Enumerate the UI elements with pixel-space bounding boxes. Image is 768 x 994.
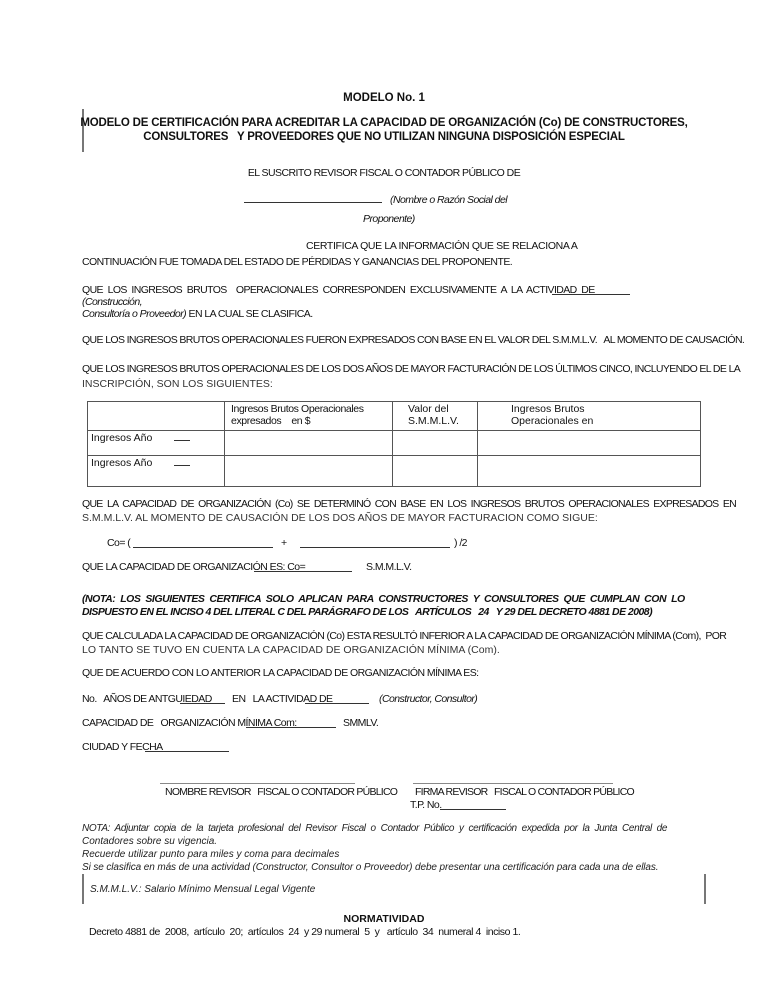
- continuacion-text: CONTINUACIÓN FUE TOMADA DEL ESTADO DE PÉ…: [82, 256, 512, 268]
- left-margin-bar-bottom: [82, 874, 84, 904]
- actividad-field[interactable]: [552, 284, 630, 295]
- proponente-hint: Proponente): [363, 213, 415, 225]
- ciudad-fecha-field[interactable]: [145, 741, 229, 752]
- nombre-signature-line[interactable]: [160, 783, 355, 784]
- actividad-line3: Consultoría o Proveedor) EN LA CUAL SE C…: [82, 308, 313, 320]
- document-title-line2: CONSULTORES Y PROVEEDORES QUE NO UTILIZA…: [0, 131, 768, 143]
- year-field[interactable]: [174, 440, 190, 441]
- co-formula-plus: +: [281, 537, 287, 549]
- certifica-text: CERTIFICA QUE LA INFORMACIÓN QUE SE RELA…: [306, 240, 578, 252]
- capacidad-line2: S.M.M.L.V. AL MOMENTO DE CAUSACIÓN DE LO…: [82, 512, 598, 524]
- row-label: Ingresos Año: [88, 456, 225, 487]
- table-row: Ingresos Año: [88, 456, 701, 487]
- tp-label: T.P. No.: [410, 799, 442, 811]
- table-header-ingresos-pesos: Ingresos Brutos Operacionales expresados…: [225, 402, 393, 431]
- antiguedad-field[interactable]: [180, 693, 225, 704]
- nombre-revisor-label: NOMBRE REVISOR FISCAL O CONTADOR PÚBLICO: [165, 786, 397, 798]
- clasifica-text: EN LA CUAL SE CLASIFICA.: [186, 308, 313, 320]
- com-field[interactable]: [246, 717, 336, 728]
- table-row: Ingresos Año: [88, 431, 701, 456]
- cell-ingresos-smmlv[interactable]: [478, 456, 701, 487]
- nota-adjuntar-line2: Contadores sobre su vigencia.: [82, 836, 217, 847]
- nota-puntos-comas: Recuerde utilizar punto para miles y com…: [82, 849, 339, 860]
- actividad-de-hint: (Constructor, Consultor): [379, 693, 477, 705]
- co-result-field[interactable]: [254, 561, 352, 572]
- table-header-row: Ingresos Brutos Operacionales expresados…: [88, 402, 701, 431]
- nota-adjuntar-line1: NOTA: Adjuntar copia de la tarjeta profe…: [82, 823, 667, 834]
- cell-valor-smmlv[interactable]: [393, 456, 478, 487]
- ingresos-intro-line2: INSCRIPCIÓN, SON LOS SIGUIENTES:: [82, 378, 273, 390]
- cell-ingresos-pesos[interactable]: [225, 456, 393, 487]
- tp-field[interactable]: [440, 799, 506, 810]
- co-field-year2[interactable]: [300, 537, 450, 548]
- smmlv-base-text: QUE LOS INGRESOS BRUTOS OPERACIONALES FU…: [82, 334, 744, 346]
- model-number: MODELO No. 1: [0, 92, 768, 104]
- capacidad-line1: QUE LA CAPACIDAD DE ORGANIZACIÓN (Co) SE…: [82, 498, 736, 510]
- row-label: Ingresos Año: [88, 431, 225, 456]
- co-formula-prefix: Co= (: [107, 537, 130, 549]
- table-header-ingresos-smmlv: Ingresos Brutos Operacionales en S.M.M.L…: [478, 402, 701, 431]
- minima-line3: QUE DE ACUERDO CON LO ANTERIOR LA CAPACI…: [82, 667, 479, 679]
- actividad-text: QUE LOS INGRESOS BRUTOS OPERACIONALES CO…: [82, 284, 595, 296]
- proponente-name-field[interactable]: [244, 192, 382, 203]
- suscrito-text: EL SUSCRITO REVISOR FISCAL O CONTADOR PÚ…: [0, 167, 768, 179]
- year-field[interactable]: [174, 465, 190, 466]
- nota-aplicacion-line2: DISPUESTO EN EL INCISO 4 DEL LITERAL C D…: [82, 606, 652, 618]
- minima-line1: QUE CALCULADA LA CAPACIDAD DE ORGANIZACI…: [82, 630, 726, 642]
- actividad-hint-2: Consultoría o Proveedor): [82, 308, 186, 320]
- cell-ingresos-pesos[interactable]: [225, 431, 393, 456]
- actividad-hint-1: (Construcción,: [82, 296, 142, 308]
- ingresos-table: Ingresos Brutos Operacionales expresados…: [87, 401, 701, 487]
- smmlv-definition: S.M.M.L.V.: Salario Mínimo Mensual Legal…: [90, 884, 315, 895]
- normatividad-text: Decreto 4881 de 2008, artículo 20; artíc…: [89, 926, 520, 938]
- table-header-valor-smmlv: Valor del S.M.M.L.V.: [393, 402, 478, 431]
- table-header-empty: [88, 402, 225, 431]
- firma-revisor-label: FIRMA REVISOR FISCAL O CONTADOR PÚBLICO: [415, 786, 634, 798]
- cell-ingresos-smmlv[interactable]: [478, 431, 701, 456]
- minima-line2: LO TANTO SE TUVO EN CUENTA LA CAPACIDAD …: [82, 644, 500, 656]
- right-margin-bar-bottom: [704, 874, 706, 904]
- cell-valor-smmlv[interactable]: [393, 431, 478, 456]
- ingresos-intro-line1: QUE LOS INGRESOS BRUTOS OPERACIONALES DE…: [82, 363, 740, 375]
- nota-aplicacion-line1: (NOTA: LOS SIGUIENTES CERTIFICA SOLO APL…: [82, 593, 685, 605]
- normatividad-title: NORMATIVIDAD: [0, 913, 768, 925]
- nombre-hint: (Nombre o Razón Social del: [390, 194, 507, 206]
- co-formula-suffix: ) /2: [454, 537, 467, 549]
- co-field-year1[interactable]: [133, 537, 273, 548]
- actividad-de-field[interactable]: [305, 693, 369, 704]
- document-title-line1: MODELO DE CERTIFICACIÓN PARA ACREDITAR L…: [0, 117, 768, 129]
- nota-multiple-actividad: Si se clasifica en más de una actividad …: [82, 862, 658, 873]
- firma-signature-line[interactable]: [413, 783, 613, 784]
- co-result-unit: S.M.M.L.V.: [366, 561, 411, 573]
- com-unit: SMMLV.: [343, 717, 378, 729]
